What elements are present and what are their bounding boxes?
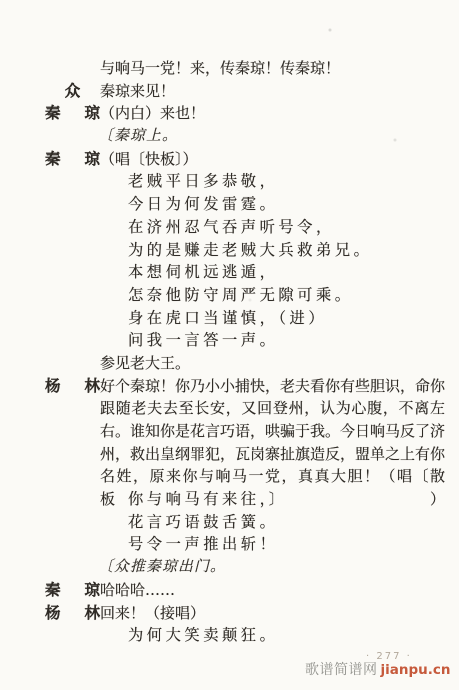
script-page: 与响马一党！来，传秦琼！传秦琼！众秦琼来见！秦琼（内白）来也！〔秦琼上。秦琼（唱… xyxy=(0,0,459,690)
line-text: 〔众推秦琼出门。 xyxy=(98,556,226,579)
line-text: 花言巧语鼓舌簧。 xyxy=(128,511,278,534)
script-body: 与响马一党！来，传秦琼！传秦琼！众秦琼来见！秦琼（内白）来也！〔秦琼上。秦琼（唱… xyxy=(45,57,445,647)
script-line: 老贼平日多恭敬， xyxy=(45,170,445,193)
script-line: 参见老大王。 xyxy=(45,352,445,375)
script-line: 为何大笑卖颠狂。 xyxy=(45,624,445,647)
script-line: 名姓，原来你与响马一党，真真大胆！（唱〔散板〕） xyxy=(45,465,445,488)
script-line: 在济州忍气吞声听号令， xyxy=(45,216,445,239)
line-text: 在济州忍气吞声听号令， xyxy=(128,216,335,239)
line-text: 你与响马有来往， xyxy=(128,488,278,511)
speaker-name: 杨林 xyxy=(45,375,100,398)
script-line: 今日为何发雷霆。 xyxy=(45,193,445,216)
speaker-name: 秦琼 xyxy=(45,579,100,602)
script-line: 问我一言答一声。 xyxy=(45,329,445,352)
script-line: 右。谁知你是花言巧语，哄骗于我。今日响马反了济 xyxy=(45,420,445,443)
script-line: 号令一声推出斩！ xyxy=(45,533,445,556)
line-text: 与响马一党！来，传秦琼！传秦琼！ xyxy=(100,57,340,80)
script-line: 秦琼（内白）来也！ xyxy=(45,102,445,125)
line-text: 为何大笑卖颠狂。 xyxy=(128,624,278,647)
watermark: 歌谱简谱网jianpu.cn xyxy=(305,661,451,679)
line-text: 参见老大王。 xyxy=(100,352,190,375)
script-line: 杨林好个秦琼！你乃小小捕快，老夫看你有些胆识，命你 xyxy=(45,375,445,398)
line-text: 本想伺机远逃遁， xyxy=(128,261,278,284)
line-text: 哈哈哈…… xyxy=(100,579,175,602)
line-text: （唱〔快板〕） xyxy=(100,148,198,171)
speaker-name: 秦琼 xyxy=(45,102,100,125)
script-line: 秦琼哈哈哈…… xyxy=(45,579,445,602)
line-text: 秦琼来见！ xyxy=(100,80,175,103)
script-line: 花言巧语鼓舌簧。 xyxy=(45,511,445,534)
speaker-name: 杨林 xyxy=(45,602,100,625)
line-text: （内白）来也！ xyxy=(100,102,205,125)
speaker-name: 众 xyxy=(45,80,100,103)
line-text: 为的是赚走老贼大兵救弟兄。 xyxy=(128,239,372,262)
line-text: 老贼平日多恭敬， xyxy=(128,170,278,193)
line-text: 右。谁知你是花言巧语，哄骗于我。今日响马反了济 xyxy=(100,420,445,443)
line-text: 〔秦琼上。 xyxy=(98,125,178,148)
script-line: 怎奈他防守周严无隙可乘。 xyxy=(45,284,445,307)
script-line: 〔秦琼上。 xyxy=(45,125,445,148)
line-text: 今日为何发雷霆。 xyxy=(128,193,278,216)
script-line: 跟随老夫去至长安，又回登州，认为心腹，不离左 xyxy=(45,397,445,420)
line-text: 怎奈他防守周严无隙可乘。 xyxy=(128,284,354,307)
script-line: 身在虎口当谨慎，（进） xyxy=(45,307,445,330)
line-text: 跟随老夫去至长安，又回登州，认为心腹，不离左 xyxy=(100,397,445,420)
line-text: 号令一声推出斩！ xyxy=(128,533,278,556)
script-line: 秦琼（唱〔快板〕） xyxy=(45,148,445,171)
watermark-site-name: 歌谱简谱网 xyxy=(305,662,378,678)
line-text: 州，救出皇纲罪犯，瓦岗寨扯旗造反，盟单之上有你 xyxy=(100,443,445,466)
script-line: 为的是赚走老贼大兵救弟兄。 xyxy=(45,239,445,262)
watermark-url: jianpu.cn xyxy=(381,662,451,678)
script-line: 众秦琼来见！ xyxy=(45,80,445,103)
page-number: · 277 · xyxy=(366,651,412,662)
line-text: 身在虎口当谨慎，（进） xyxy=(128,307,327,330)
script-line: 杨林回来！（接唱） xyxy=(45,602,445,625)
script-line: 〔众推秦琼出门。 xyxy=(45,556,445,579)
script-line: 州，救出皇纲罪犯，瓦岗寨扯旗造反，盟单之上有你 xyxy=(45,443,445,466)
script-line: 与响马一党！来，传秦琼！传秦琼！ xyxy=(45,57,445,80)
line-text: 好个秦琼！你乃小小捕快，老夫看你有些胆识，命你 xyxy=(100,375,445,398)
speaker-name: 秦琼 xyxy=(45,148,100,171)
script-line: 本想伺机远逃遁， xyxy=(45,261,445,284)
line-text: 问我一言答一声。 xyxy=(128,329,278,352)
line-text: 回来！（接唱） xyxy=(100,602,205,625)
